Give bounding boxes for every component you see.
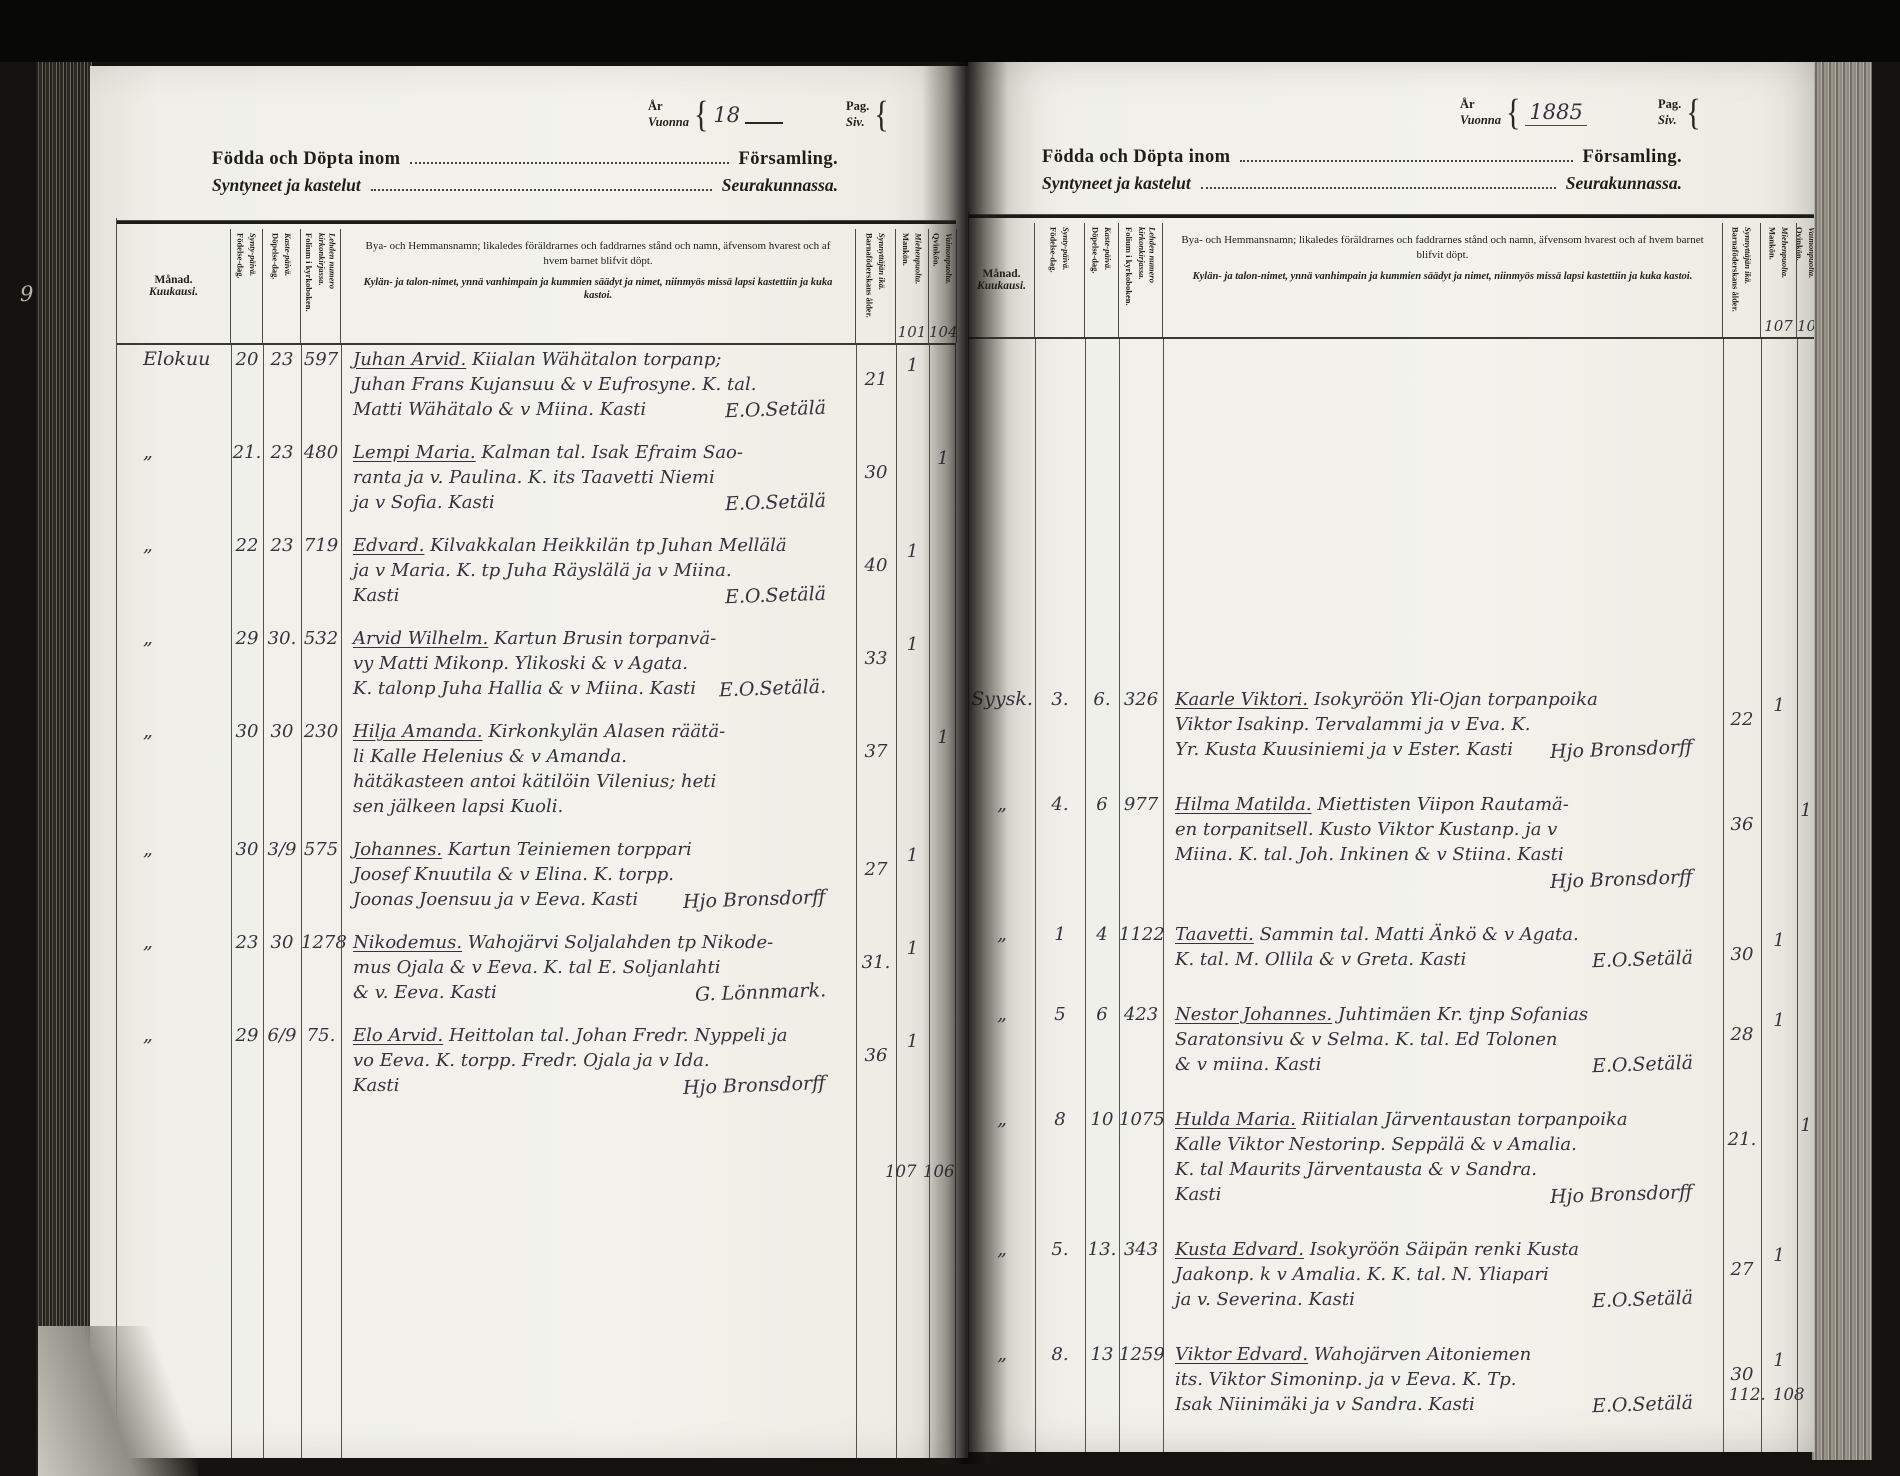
title-fill-line xyxy=(1240,146,1572,162)
entry-birth-day: 3. xyxy=(1035,687,1085,712)
record-entry: „ 4. 6 977 Hilma Matilda. Miettisten Vii… xyxy=(969,792,1814,892)
entry-female-tally xyxy=(929,1023,957,1031)
entry-month: „ xyxy=(969,922,1035,947)
col-header-female: Qvinkön.Vaimonpuolta. 104 xyxy=(929,229,957,343)
entry-mother-age: 30 xyxy=(1723,1342,1761,1385)
col-header-baptism-day: Döpelse-dag.Kaste-päivä. xyxy=(1085,223,1119,337)
title-finnish: Syntyneet ja kastelut xyxy=(212,175,361,196)
entry-month: „ xyxy=(969,1237,1035,1262)
entry-description: Hilma Matilda. Miettisten Viipon Rautamä… xyxy=(1163,792,1723,892)
year-value: 18 xyxy=(713,103,740,127)
table-body: Elokuu 20 23 597 Juhan Arvid. Kiialan Wä… xyxy=(117,345,956,1458)
entry-name: Johannes. xyxy=(353,839,442,860)
entry-baptism-day: 10 xyxy=(1085,1107,1119,1132)
entry-name: Kaarle Viktori. xyxy=(1175,689,1308,710)
record-entry: „ 29 6/9 75. Elo Arvid. Heittolan tal. J… xyxy=(117,1023,955,1098)
title-finnish-row: Syntyneet ja kastelut Seurakunnassa. xyxy=(212,175,838,196)
register-table: Månad. Kuukausi. Födelse-dag.Synty-päivä… xyxy=(116,218,956,1458)
year-block: År Vuonna { 1885 xyxy=(1460,96,1587,130)
entry-month: Syysk. xyxy=(969,687,1035,712)
entry-mother-age: 30 xyxy=(1723,922,1761,965)
col-header-birth-day: Födelse-dag.Synty-päivä. xyxy=(1035,223,1085,337)
register-table: Månad. Kuukausi. Födelse-dag.Synty-päivä… xyxy=(968,212,1814,1452)
title-fill-line xyxy=(410,148,728,164)
record-entry: „ 5. 13. 343 Kusta Edvard. Isokyröön Säi… xyxy=(969,1237,1814,1312)
entry-folio: 480 xyxy=(301,440,341,465)
entry-birth-day: 8 xyxy=(1035,1107,1085,1132)
record-entry: „ 8 10 1075 Hulda Maria. Riitialan Järve… xyxy=(969,1107,1814,1207)
title-finnish-row: Syntyneet ja kastelut Seurakunnassa. xyxy=(1042,173,1682,194)
entry-mother-age: 40 xyxy=(856,533,896,576)
entry-month: „ xyxy=(117,837,231,862)
page-number-block: Pag. Siv. { xyxy=(846,98,889,132)
entry-month: „ xyxy=(117,626,231,651)
title-swedish-row: Födda och Döpta inom Församling. xyxy=(212,148,838,170)
entry-baptism-day: 30 xyxy=(263,930,301,955)
entry-birth-day: 22 xyxy=(231,533,263,558)
entry-folio: 719 xyxy=(301,533,341,558)
entry-folio: 1278 xyxy=(301,930,341,955)
entry-male-tally: 1 xyxy=(1761,687,1797,716)
entry-signature: Hjo Bronsdorff xyxy=(1550,1179,1723,1210)
col-header-month: Månad. Kuukausi. xyxy=(117,229,231,343)
entry-month: „ xyxy=(969,1002,1035,1027)
entry-signature: E.O.Setälä xyxy=(1592,1285,1724,1315)
entry-female-tally xyxy=(929,626,957,634)
entry-folio: 597 xyxy=(301,347,341,372)
entry-name: Viktor Edvard. xyxy=(1175,1344,1308,1365)
entry-female-tally: 1 xyxy=(1797,1107,1814,1136)
entry-birth-day: 29 xyxy=(231,626,263,651)
entry-signature: E.O.Setälä xyxy=(725,581,857,611)
page-number-label: Pag. Siv. xyxy=(1658,97,1681,128)
entry-baptism-day: 13 xyxy=(1085,1342,1119,1367)
table-top-rule xyxy=(117,220,956,224)
entry-birth-day: 21. xyxy=(231,440,263,465)
entry-birth-day: 8. xyxy=(1035,1342,1085,1367)
record-entry: „ 1 4 1122 Taavetti. Sammin tal. Matti Ä… xyxy=(969,922,1814,972)
entry-name: Elo Arvid. xyxy=(353,1025,443,1046)
entry-female-tally xyxy=(1797,1002,1814,1010)
entry-signature: G. Lönnmark. xyxy=(695,977,857,1008)
entry-folio: 532 xyxy=(301,626,341,651)
entry-mother-age: 21 xyxy=(856,347,896,390)
entry-signature: E.O.Setälä xyxy=(1592,1050,1724,1080)
year-label: År Vuonna xyxy=(648,99,689,130)
col-header-description: Bya- och Hemmansnamn; likaledes föräldra… xyxy=(1163,223,1723,337)
margin-fragment: 9 xyxy=(20,282,33,306)
entry-folio: 1075 xyxy=(1119,1107,1163,1132)
table-body: Syysk. 3. 6. 326 Kaarle Viktori. Isokyrö… xyxy=(969,339,1814,1452)
entry-description: Lempi Maria. Kalman tal. Isak Efraim Sao… xyxy=(341,440,856,515)
entry-female-tally xyxy=(929,930,957,938)
entry-month: „ xyxy=(969,1342,1035,1367)
entry-baptism-day: 23 xyxy=(263,347,301,372)
entry-name: Taavetti. xyxy=(1175,924,1254,945)
entry-male-tally: 1 xyxy=(896,837,929,866)
entry-female-tally: 1 xyxy=(929,440,957,469)
entry-description: Nestor Johannes. Juhtimäen Kr. tjnp Sofa… xyxy=(1163,1002,1723,1077)
entry-birth-day: 5. xyxy=(1035,1237,1085,1262)
entry-male-tally: 1 xyxy=(1761,1002,1797,1031)
title-swedish-suffix: Församling. xyxy=(739,149,838,170)
entry-mother-age: 28 xyxy=(1723,1002,1761,1045)
entry-description: Nikodemus. Wahojärvi Soljalahden tp Niko… xyxy=(341,930,856,1005)
total-female: 108 xyxy=(1773,1385,1805,1404)
carry-count-female: 106 xyxy=(1797,317,1814,335)
entry-signature: Hjo Bronsdorff xyxy=(683,1070,856,1101)
record-entry: „ 8. 13 1259 Viktor Edvard. Wahojärven A… xyxy=(969,1342,1814,1417)
entry-folio: 1122 xyxy=(1119,922,1163,947)
entry-signature: E.O.Setälä xyxy=(725,395,857,425)
entry-mother-age: 37 xyxy=(856,719,896,762)
entry-birth-day: 4. xyxy=(1035,792,1085,817)
entry-male-tally xyxy=(1761,792,1797,800)
entry-male-tally: 1 xyxy=(896,1023,929,1052)
year-label: År Vuonna xyxy=(1460,97,1501,128)
entry-female-tally xyxy=(929,347,957,355)
entry-description: Arvid Wilhelm. Kartun Brusin torpanvä-vy… xyxy=(341,626,856,701)
entry-month: „ xyxy=(117,440,231,465)
entry-month: „ xyxy=(969,1107,1035,1132)
entry-description: Elo Arvid. Heittolan tal. Johan Fredr. N… xyxy=(341,1023,856,1098)
entry-signature: E.O.Setälä. xyxy=(719,674,857,704)
record-entry: „ 23 30 1278 Nikodemus. Wahojärvi Soljal… xyxy=(117,930,955,1005)
entry-description: Kusta Edvard. Isokyröön Säipän renki Kus… xyxy=(1163,1237,1723,1312)
col-header-baptism-day: Döpelse-dag.Kaste-päivä. xyxy=(263,229,301,343)
entry-male-tally: 1 xyxy=(896,626,929,655)
entry-description: Kaarle Viktori. Isokyröön Yli-Ojan torpa… xyxy=(1163,687,1723,762)
entry-baptism-day: 6 xyxy=(1085,792,1119,817)
entry-mother-age: 36 xyxy=(856,1023,896,1066)
record-entries: Syysk. 3. 6. 326 Kaarle Viktori. Isokyrö… xyxy=(969,339,1814,1417)
col-header-mother-age: Barnaföderskans ålder.Synnyttäjän ikä. xyxy=(1723,223,1761,337)
carry-count-male: 101 xyxy=(896,323,928,341)
year-blank-line xyxy=(745,107,783,124)
record-entries: Elokuu 20 23 597 Juhan Arvid. Kiialan Wä… xyxy=(117,345,955,1098)
entry-male-tally: 1 xyxy=(1761,1237,1797,1266)
entry-male-tally: 1 xyxy=(896,533,929,562)
entry-name: Lempi Maria. xyxy=(353,442,476,463)
entry-mother-age: 27 xyxy=(856,837,896,880)
entry-baptism-day: 3/9 xyxy=(263,837,301,862)
entry-signature: E.O.Setälä xyxy=(1592,945,1724,975)
entry-male-tally: 1 xyxy=(896,930,929,959)
entry-male-tally: 1 xyxy=(896,347,929,376)
entry-folio: 75. xyxy=(301,1023,341,1048)
table-top-rule xyxy=(969,214,1814,218)
entry-birth-day: 30 xyxy=(231,719,263,744)
entry-name: Juhan Arvid. xyxy=(353,349,466,370)
col-header-month: Månad. Kuukausi. xyxy=(969,223,1035,337)
entry-folio: 423 xyxy=(1119,1002,1163,1027)
total-female: 106 xyxy=(923,1162,955,1181)
entry-mother-age: 30 xyxy=(856,440,896,483)
entry-baptism-day: 6/9 xyxy=(263,1023,301,1048)
entry-description: Hulda Maria. Riitialan Järventaustan tor… xyxy=(1163,1107,1723,1207)
title-swedish-row: Födda och Döpta inom Församling. xyxy=(1042,146,1682,168)
entry-month: „ xyxy=(969,792,1035,817)
entry-folio: 575 xyxy=(301,837,341,862)
entry-female-tally xyxy=(1797,1237,1814,1245)
entry-folio: 343 xyxy=(1119,1237,1163,1262)
entry-description: Viktor Edvard. Wahojärven Aitoniemenits.… xyxy=(1163,1342,1723,1417)
entry-name: Hilma Matilda. xyxy=(1175,794,1312,815)
brace-glyph: { xyxy=(1506,92,1520,135)
entry-female-tally: 1 xyxy=(1797,792,1814,821)
col-header-male: Mankön.Miehenpuolta. 107 xyxy=(1761,223,1797,337)
table-header: Månad. Kuukausi. Födelse-dag.Synty-päivä… xyxy=(117,229,956,345)
entry-baptism-day: 6. xyxy=(1085,687,1119,712)
entry-baptism-day: 6 xyxy=(1085,1002,1119,1027)
entry-male-tally: 1 xyxy=(1761,1342,1797,1371)
entry-mother-age: 36 xyxy=(1723,792,1761,835)
brace-glyph: { xyxy=(1686,92,1700,135)
entry-male-tally: 1 xyxy=(1761,922,1797,951)
entry-signature: Hjo Bronsdorff xyxy=(1550,864,1723,895)
scan-top-black-bar xyxy=(0,0,1900,62)
entry-birth-day: 23 xyxy=(231,930,263,955)
entry-name: Kusta Edvard. xyxy=(1175,1239,1304,1260)
entry-male-tally xyxy=(1761,1107,1797,1115)
entry-name: Arvid Wilhelm. xyxy=(353,628,488,649)
page-number-label: Pag. Siv. xyxy=(846,99,869,130)
record-entry: „ 30 3/9 575 Johannes. Kartun Teiniemen … xyxy=(117,837,955,912)
entry-name: Nikodemus. xyxy=(353,932,462,953)
entry-mother-age: 33 xyxy=(856,626,896,669)
record-entry: „ 29 30. 532 Arvid Wilhelm. Kartun Brusi… xyxy=(117,626,955,701)
year-value: 1885 xyxy=(1525,100,1586,126)
page-left: År Vuonna { 18 Pag. Siv. { Födda och Döp… xyxy=(90,66,968,1458)
entry-name: Edvard. xyxy=(353,535,424,556)
entry-female-tally xyxy=(929,837,957,845)
entry-mother-age: 27 xyxy=(1723,1237,1761,1280)
entry-signature: Hjo Bronsdorff xyxy=(683,884,856,915)
record-entry: „ 22 23 719 Edvard. Kilvakkalan Heikkilä… xyxy=(117,533,955,608)
record-entry: „ 5 6 423 Nestor Johannes. Juhtimäen Kr.… xyxy=(969,1002,1814,1077)
entry-mother-age: 22 xyxy=(1723,687,1761,730)
entry-female-tally xyxy=(1797,1342,1814,1350)
entry-birth-day: 20 xyxy=(231,347,263,372)
col-header-folio: Folium i kyrkoboken.Lehden numero kirkon… xyxy=(1119,223,1163,337)
title-fill-line xyxy=(371,175,712,191)
entry-baptism-day: 4 xyxy=(1085,922,1119,947)
title-finnish-suffix: Seurakunnassa. xyxy=(1566,173,1682,194)
entry-birth-day: 29 xyxy=(231,1023,263,1048)
col-header-folio: Folium i kyrkoboken.Lehden numero kirkon… xyxy=(301,229,341,343)
col-header-female: Qvinkön.Vaimonpuolta. 106 xyxy=(1797,223,1814,337)
title-fill-line xyxy=(1201,173,1556,189)
entry-baptism-day: 23 xyxy=(263,440,301,465)
title-swedish-suffix: Församling. xyxy=(1583,147,1682,168)
entry-folio: 230 xyxy=(301,719,341,744)
entry-birth-day: 30 xyxy=(231,837,263,862)
entry-description: Edvard. Kilvakkalan Heikkilän tp Juhan M… xyxy=(341,533,856,608)
title-finnish: Syntyneet ja kastelut xyxy=(1042,173,1191,194)
entry-female-tally xyxy=(1797,922,1814,930)
entry-folio: 977 xyxy=(1119,792,1163,817)
brace-glyph: { xyxy=(874,94,888,137)
record-entry: Elokuu 20 23 597 Juhan Arvid. Kiialan Wä… xyxy=(117,347,955,422)
entry-baptism-day: 13. xyxy=(1085,1237,1119,1262)
total-male: 107 xyxy=(885,1162,917,1181)
title-swedish: Födda och Döpta inom xyxy=(212,149,400,170)
record-entry: Syysk. 3. 6. 326 Kaarle Viktori. Isokyrö… xyxy=(969,687,1814,762)
entry-name: Hulda Maria. xyxy=(1175,1109,1296,1130)
entry-baptism-day: 30 xyxy=(263,719,301,744)
page-number-block: Pag. Siv. { xyxy=(1658,96,1701,130)
col-header-male: Mankön.Miehenpuolta. 101 xyxy=(896,229,929,343)
col-header-mother-age: Barnaföderskans ålder.Synnyttäjän ikä. xyxy=(856,229,896,343)
total-male: 112. xyxy=(1729,1385,1766,1404)
entry-birth-day: 1 xyxy=(1035,922,1085,947)
entry-mother-age: 21. xyxy=(1723,1107,1761,1150)
entry-month: „ xyxy=(117,1023,231,1048)
entry-description: Juhan Arvid. Kiialan Wähätalon torpanp;J… xyxy=(341,347,856,422)
entry-female-tally: 1 xyxy=(929,719,957,748)
entry-folio: 326 xyxy=(1119,687,1163,712)
entry-description: Hilja Amanda. Kirkonkylän Alasen räätä-l… xyxy=(341,719,856,819)
entry-signature: Hjo Bronsdorff xyxy=(1550,734,1723,765)
right-page-stack-edge xyxy=(1812,58,1872,1460)
page-right: År Vuonna { 1885 Pag. Siv. { Födda och D… xyxy=(968,60,1814,1452)
entry-month: „ xyxy=(117,719,231,744)
carry-count-female: 104 xyxy=(929,323,956,341)
record-entry: „ 21. 23 480 Lempi Maria. Kalman tal. Is… xyxy=(117,440,955,515)
entry-signature: E.O.Setälä xyxy=(1592,1390,1724,1420)
entry-description: Johannes. Kartun Teiniemen torppariJoose… xyxy=(341,837,856,912)
entry-female-tally xyxy=(1797,687,1814,695)
record-entry: „ 30 30 230 Hilja Amanda. Kirkonkylän Al… xyxy=(117,719,955,819)
entry-name: Hilja Amanda. xyxy=(353,721,483,742)
left-page-stack-edge xyxy=(36,60,92,1476)
entry-male-tally xyxy=(896,719,929,727)
entry-month: Elokuu xyxy=(117,347,231,372)
entry-baptism-day: 23 xyxy=(263,533,301,558)
title-finnish-suffix: Seurakunnassa. xyxy=(722,175,838,196)
year-block: År Vuonna { 18 xyxy=(648,98,783,132)
entry-mother-age: 31. xyxy=(856,930,896,973)
title-swedish: Födda och Döpta inom xyxy=(1042,147,1230,168)
entry-description: Taavetti. Sammin tal. Matti Änkö & v Aga… xyxy=(1163,922,1723,972)
book-scan: 9 År Vuonna { 18 Pag. Siv. { Födda och D… xyxy=(0,0,1900,1476)
entry-month: „ xyxy=(117,533,231,558)
brace-glyph: { xyxy=(694,94,708,137)
entry-folio: 1259 xyxy=(1119,1342,1163,1367)
entry-male-tally xyxy=(896,440,929,448)
table-header: Månad. Kuukausi. Födelse-dag.Synty-päivä… xyxy=(969,223,1814,339)
carry-count-male: 107 xyxy=(1761,317,1796,335)
bottom-left-page-fan xyxy=(38,1326,198,1476)
entry-birth-day: 5 xyxy=(1035,1002,1085,1027)
entry-baptism-day: 30. xyxy=(263,626,301,651)
entry-name: Nestor Johannes. xyxy=(1175,1004,1332,1025)
entry-signature: E.O.Setälä xyxy=(725,488,857,518)
col-header-birth-day: Födelse-dag.Synty-päivä. xyxy=(231,229,263,343)
col-header-description: Bya- och Hemmansnamn; likaledes föräldra… xyxy=(341,229,856,343)
entry-month: „ xyxy=(117,930,231,955)
entry-female-tally xyxy=(929,533,957,541)
